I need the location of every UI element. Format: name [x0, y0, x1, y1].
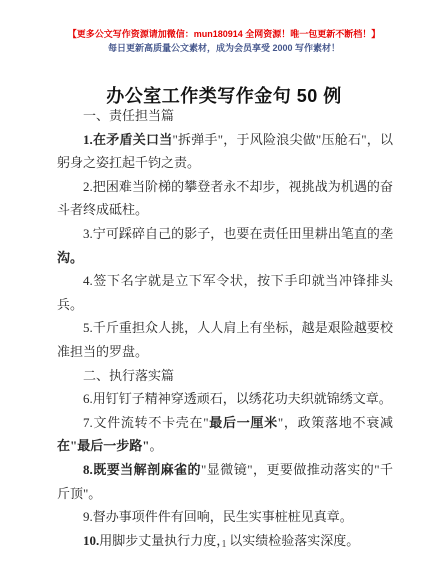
sentence-4: 4.签下名字就是立下军令状，按下手印就当冲锋排头兵。 [57, 269, 393, 316]
section-heading-implementation: 二、执行落实篇 [57, 364, 393, 388]
sentence-8: 8.既要当解剖麻雀的"显微镜"，更要做推动落实的"千斤顶"。 [57, 458, 393, 505]
sentence-2: 2.把困难当阶梯的攀登者永不却步，视挑战为机遇的奋斗者终成砥柱。 [57, 175, 393, 222]
sentence-9: 9.督办事项件件有回响，民生实事桩桩见真章。 [57, 505, 393, 529]
document-body: 一、责任担当篇 1.在矛盾关口当"拆弹手"，于风险浪尖做"压舱石"，以躬身之姿扛… [57, 104, 393, 552]
sentence-6: 6.用钉钉子精神穿透顽石，以绣花功夫织就锦绣文章。 [57, 387, 393, 411]
promo-watermark: 【更多公文写作资源请加微信：mun180914 全网资源！唯一包更新不断档！】 … [0, 28, 448, 55]
document-page: 【更多公文写作资源请加微信：mun180914 全网资源！唯一包更新不断档！】 … [0, 0, 448, 580]
sentence-1: 1.在矛盾关口当"拆弹手"，于风险浪尖做"压舱石"，以躬身之姿扛起千钧之责。 [57, 128, 393, 175]
sentence-7: 7.文件流转不卡壳在"最后一厘米"，政策落地不衰减在"最后一步路"。 [57, 411, 393, 458]
section-heading-responsibility: 一、责任担当篇 [57, 104, 393, 128]
page-number: 1 [0, 539, 448, 550]
sentence-5: 5.千斤重担众人挑，人人肩上有坐标，越是艰险越要校准担当的罗盘。 [57, 316, 393, 363]
promo-line-1: 【更多公文写作资源请加微信：mun180914 全网资源！唯一包更新不断档！】 [0, 28, 448, 42]
sentence-3: 3.宁可踩碎自己的影子，也要在责任田里耕出笔直的垄沟。 [57, 222, 393, 269]
promo-line-2: 每日更新高质量公文素材，成为会员享受 2000 写作素材！ [0, 42, 448, 56]
